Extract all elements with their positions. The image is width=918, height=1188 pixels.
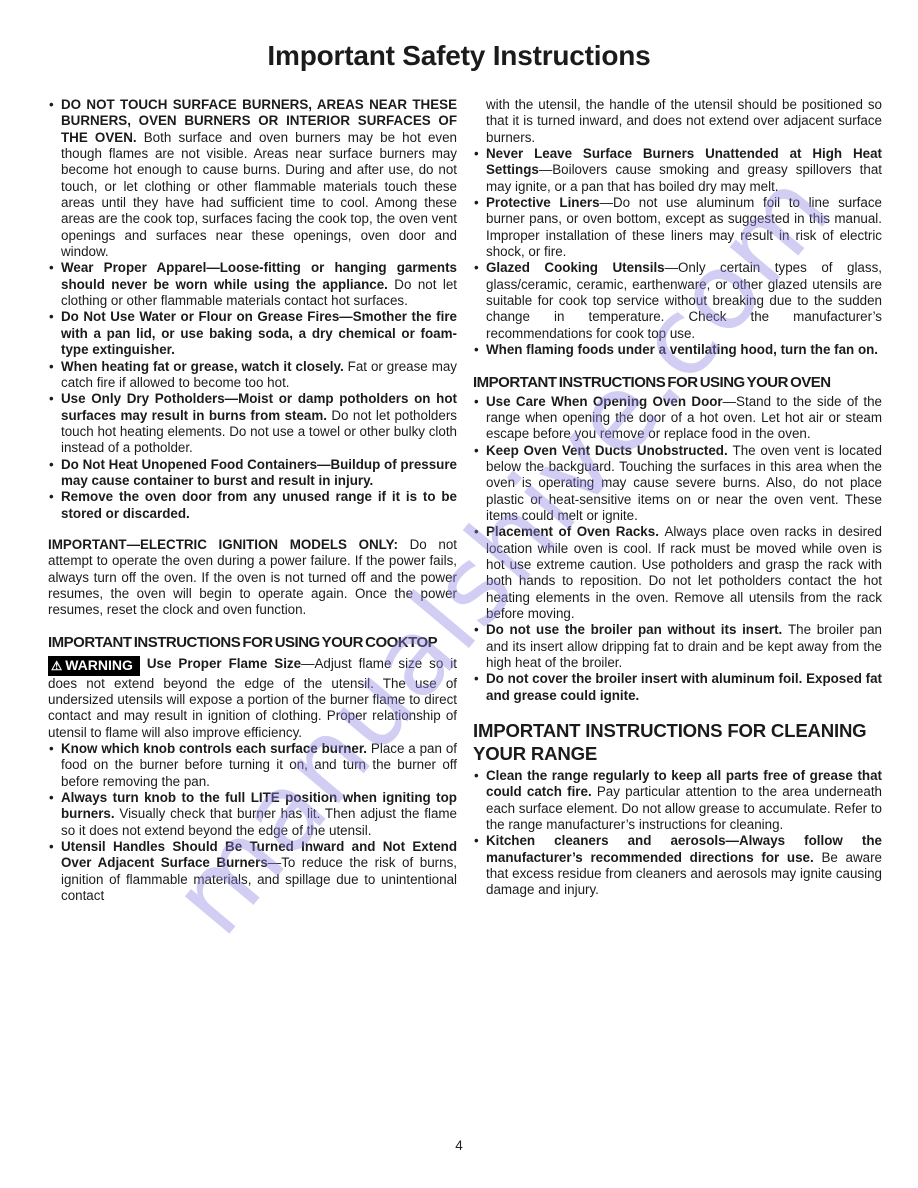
safety-bullet-item: •Never Leave Surface Burners Unattended … xyxy=(473,146,882,195)
bullet-lead-text: Protective Liners xyxy=(486,195,600,210)
bullet-lead-text: Placement of Oven Racks. xyxy=(486,524,664,539)
safety-bullet-item: •Wear Proper Apparel—Loose-fitting or ha… xyxy=(48,260,457,309)
warning-badge: ⚠WARNING xyxy=(48,656,140,676)
bullet-lead-text: Do Not Heat Unopened Food Containers—Bui… xyxy=(61,457,457,488)
safety-bullet-item: •Use Only Dry Potholders—Moist or damp p… xyxy=(48,391,457,456)
safety-bullet-item: •DO NOT TOUCH SURFACE BURNERS, AREAS NEA… xyxy=(48,97,457,260)
bullet-lead-text: IMPORTANT—ELECTRIC IGNITION MODELS ONLY: xyxy=(48,537,410,552)
warning-triangle-icon: ⚠ xyxy=(51,659,62,673)
section-heading: IMPORTANT INSTRUCTIONS FOR CLEANING YOUR… xyxy=(473,719,882,765)
bullet-lead-text: Do not cover the broiler insert with alu… xyxy=(486,671,882,702)
manual-page: Important Safety Instructions •DO NOT TO… xyxy=(0,0,918,1188)
safety-bullet-item: •When heating fat or grease, watch it cl… xyxy=(48,359,457,392)
bullet-lead-text: Keep Oven Vent Ducts Unobstructed. xyxy=(486,443,733,458)
bullet-marker: • xyxy=(49,457,54,473)
safety-bullet-item: •Do not cover the broiler insert with al… xyxy=(473,671,882,704)
safety-bullet-item: •Clean the range regularly to keep all p… xyxy=(473,768,882,833)
bullet-marker: • xyxy=(474,622,479,638)
right-column: with the utensil, the handle of the uten… xyxy=(473,97,882,904)
bullet-lead-text: Glazed Cooking Utensils xyxy=(486,260,665,275)
safety-bullet-item: •Kitchen cleaners and aerosols—Always fo… xyxy=(473,833,882,898)
text-columns: •DO NOT TOUCH SURFACE BURNERS, AREAS NEA… xyxy=(48,97,882,904)
safety-bullet-item: •Always turn knob to the full LITE posit… xyxy=(48,790,457,839)
page-number: 4 xyxy=(0,1138,918,1153)
bullet-marker: • xyxy=(474,195,479,211)
safety-bullet-item: •Utensil Handles Should Be Turned Inward… xyxy=(48,839,457,904)
bullet-marker: • xyxy=(474,394,479,410)
bullet-marker: • xyxy=(49,309,54,325)
bullet-lead-text: When heating fat or grease, watch it clo… xyxy=(61,359,348,374)
bullet-lead-text: Use Care When Opening Oven Door xyxy=(486,394,723,409)
bullet-lead-text: Know which knob controls each surface bu… xyxy=(61,741,371,756)
bullet-marker: • xyxy=(49,741,54,757)
bullet-marker: • xyxy=(49,790,54,806)
bullet-lead-text: Never Leave Surface Burners Unattended a… xyxy=(486,146,882,177)
section-heading: IMPORTANT INSTRUCTIONS FOR USING YOUR CO… xyxy=(48,634,457,652)
bullet-marker: • xyxy=(474,768,479,784)
bullet-marker: • xyxy=(474,260,479,276)
bullet-lead-text: Wear Proper Apparel—Loose-fitting or han… xyxy=(61,260,457,291)
bullet-lead-text: When flaming foods under a ventilating h… xyxy=(486,342,878,357)
bullet-marker: • xyxy=(474,443,479,459)
bullet-lead-text: Do not use the broiler pan without its i… xyxy=(486,622,788,637)
left-column: •DO NOT TOUCH SURFACE BURNERS, AREAS NEA… xyxy=(48,97,457,904)
safety-bullet-item: •Keep Oven Vent Ducts Unobstructed. The … xyxy=(473,443,882,525)
bullet-lead-text: Use Proper Flame Size xyxy=(147,656,301,671)
page-title: Important Safety Instructions xyxy=(0,40,918,72)
bullet-marker: • xyxy=(49,260,54,276)
important-paragraph: IMPORTANT—ELECTRIC IGNITION MODELS ONLY:… xyxy=(48,537,457,619)
bullet-lead-text: Do Not Use Water or Flour on Grease Fire… xyxy=(61,309,457,357)
bullet-marker: • xyxy=(474,833,479,849)
bullet-marker: • xyxy=(49,97,54,113)
bullet-lead-text: Utensil Handles Should Be Turned Inward … xyxy=(61,839,457,870)
safety-bullet-item: •Placement of Oven Racks. Always place o… xyxy=(473,524,882,622)
safety-bullet-item: •Protective Liners—Do not use aluminum f… xyxy=(473,195,882,260)
bullet-lead-text: Kitchen cleaners and aerosols—Always fol… xyxy=(486,833,882,864)
continuation-paragraph: with the utensil, the handle of the uten… xyxy=(473,97,882,146)
safety-bullet-item: •Remove the oven door from any unused ra… xyxy=(48,489,457,522)
bullet-marker: • xyxy=(49,839,54,855)
bullet-lead-text: Clean the range regularly to keep all pa… xyxy=(486,768,882,799)
bullet-lead-text: DO NOT TOUCH SURFACE BURNERS, AREAS NEAR… xyxy=(61,97,457,145)
bullet-marker: • xyxy=(474,146,479,162)
bullet-lead-text: Always turn knob to the full LITE positi… xyxy=(61,790,457,821)
safety-bullet-item: •Do Not Heat Unopened Food Containers—Bu… xyxy=(48,457,457,490)
warning-paragraph: ⚠WARNINGUse Proper Flame Size—Adjust fla… xyxy=(48,656,457,741)
bullet-lead-text: Use Only Dry Potholders—Moist or damp po… xyxy=(61,391,457,422)
bullet-marker: • xyxy=(474,671,479,687)
safety-bullet-item: •Glazed Cooking Utensils—Only certain ty… xyxy=(473,260,882,342)
bullet-marker: • xyxy=(49,489,54,505)
safety-bullet-item: •Know which knob controls each surface b… xyxy=(48,741,457,790)
safety-bullet-item: •When flaming foods under a ventilating … xyxy=(473,342,882,358)
safety-bullet-item: •Do Not Use Water or Flour on Grease Fir… xyxy=(48,309,457,358)
section-heading: IMPORTANT INSTRUCTIONS FOR USING YOUR OV… xyxy=(473,374,882,392)
bullet-marker: • xyxy=(49,359,54,375)
safety-bullet-item: •Use Care When Opening Oven Door—Stand t… xyxy=(473,394,882,443)
safety-bullet-item: •Do not use the broiler pan without its … xyxy=(473,622,882,671)
bullet-marker: • xyxy=(474,342,479,358)
bullet-marker: • xyxy=(49,391,54,407)
bullet-marker: • xyxy=(474,524,479,540)
bullet-lead-text: Remove the oven door from any unused ran… xyxy=(61,489,457,520)
